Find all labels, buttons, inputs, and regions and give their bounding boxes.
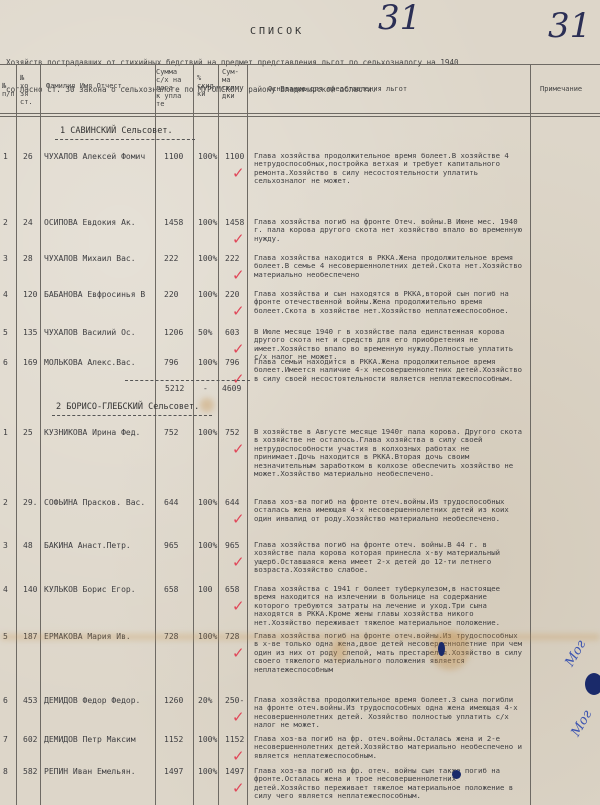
check-mark-icon: ✓ (232, 340, 245, 358)
household-number: 29. (23, 498, 37, 507)
check-mark-icon: ✓ (232, 708, 245, 726)
benefit-basis-text: Глава хоз-ва погиб на фр. отеч.войны.Ост… (254, 735, 526, 760)
benefit-basis-text: Глава семьи находится в РККА.Жена продол… (254, 358, 526, 383)
tax-amount: 222 (164, 254, 178, 263)
full-name: ЧУХАЛОВ Михаил Вас. (44, 254, 136, 263)
discount-amount: 1152 (225, 735, 244, 744)
household-number: 582 (23, 767, 37, 776)
discount-percent: 100% (198, 218, 217, 227)
full-name: КУЛЬКОВ Борис Егор. (44, 585, 136, 594)
household-number: 140 (23, 585, 37, 594)
ink-blot (452, 770, 461, 779)
discount-percent: 100% (198, 735, 217, 744)
household-number: 120 (23, 290, 37, 299)
totals-tax: 5212 (165, 384, 184, 393)
household-number: 26 (23, 152, 33, 161)
row-number: 6 (3, 358, 8, 367)
tax-amount: 220 (164, 290, 178, 299)
totals-pct: - (203, 384, 208, 393)
benefit-basis-text: Глава хоз-ва погиб на фр. отеч. войны сы… (254, 767, 526, 801)
discount-percent: 100% (198, 290, 217, 299)
discount-percent: 100 (198, 585, 212, 594)
household-number: 48 (23, 541, 33, 550)
full-name: ДЕМИДОВ Федор Федор. (44, 696, 140, 705)
tax-amount: 752 (164, 428, 178, 437)
household-number: 25 (23, 428, 33, 437)
section-underline (52, 415, 212, 416)
col-header-discount: Сум- ма ски дки (222, 68, 239, 100)
col-header-basis: Основание для представления льгот (268, 85, 407, 93)
tax-amount: 658 (164, 585, 178, 594)
col-header-tax: Сумма с/х на лога к упла те (156, 68, 181, 108)
ink-blot (438, 642, 445, 656)
section-heading: 1 САВИНСКИЙ Сельсовет. (60, 126, 173, 136)
row-number: 5 (3, 328, 8, 337)
discount-percent: 100% (198, 498, 217, 507)
benefit-basis-text: Глава хозяйства продолжительное время бо… (254, 696, 526, 730)
discount-percent: 100% (198, 254, 217, 263)
water-stain (330, 640, 348, 662)
tax-amount: 1458 (164, 218, 183, 227)
page-number-handwritten: 31 (378, 0, 421, 38)
discount-amount: 220 (225, 290, 239, 299)
check-mark-icon: ✓ (232, 779, 245, 797)
row-number: 3 (3, 254, 8, 263)
row-number: 1 (3, 428, 8, 437)
col-header-note: Примечание (540, 85, 582, 93)
tax-amount: 1152 (164, 735, 183, 744)
col-header-num: № п/п (2, 82, 15, 98)
full-name: ЧУХАЛОВ Василий Ос. (44, 328, 136, 337)
discount-percent: 100% (198, 152, 217, 161)
household-number: 24 (23, 218, 33, 227)
discount-amount: 1497 (225, 767, 244, 776)
row-number: 1 (3, 152, 8, 161)
col-header-household: № хо зя ст. (20, 74, 33, 106)
totals-discount: 4609 (222, 384, 241, 393)
benefit-basis-text: Глава хозяйства погиб на фронте Отеч. во… (254, 218, 526, 243)
col-header-name: Фамилия Имя Отчест. (46, 82, 126, 90)
full-name: РЕПИН Иван Емельян. (44, 767, 136, 776)
benefit-basis-text: Глава хоз-ва погиб на фронте отеч.войны.… (254, 498, 526, 523)
check-mark-icon: ✓ (232, 302, 245, 320)
check-mark-icon: ✓ (232, 164, 245, 182)
discount-amount: 965 (225, 541, 239, 550)
discount-percent: 100% (198, 358, 217, 367)
tax-amount: 644 (164, 498, 178, 507)
row-number: 4 (3, 585, 8, 594)
discount-percent: 20% (198, 696, 212, 705)
tax-amount: 796 (164, 358, 178, 367)
benefit-basis-text: Глава хозяйства с 1941 г болеет туберкул… (254, 585, 526, 627)
tax-amount: 1206 (164, 328, 183, 337)
tax-amount: 1100 (164, 152, 183, 161)
row-number: 6 (3, 696, 8, 705)
discount-amount: 603 (225, 328, 239, 337)
household-number: 28 (23, 254, 33, 263)
tax-amount: 965 (164, 541, 178, 550)
section-underline (55, 139, 195, 140)
full-name: БАБАНОВА Евфросинья В (44, 290, 145, 299)
check-mark-icon: ✓ (232, 597, 245, 615)
benefit-basis-text: Глава хозяйства находится в РККА.Жена пр… (254, 254, 526, 279)
discount-amount: 644 (225, 498, 239, 507)
check-mark-icon: ✓ (232, 266, 245, 284)
row-number: 3 (3, 541, 8, 550)
section-heading: 2 БОРИСО-ГЛЕБСКИЙ Сельсовет. (56, 402, 199, 412)
household-number: 169 (23, 358, 37, 367)
tax-amount: 1260 (164, 696, 183, 705)
discount-percent: 50% (198, 328, 212, 337)
discount-amount: 222 (225, 254, 239, 263)
check-mark-icon: ✓ (232, 440, 245, 458)
row-number: 2 (3, 498, 8, 507)
full-name: КУЗНИКОВА Ирина Фед. (44, 428, 140, 437)
household-number: 135 (23, 328, 37, 337)
benefit-basis-text: Глава хозяйства погиб на фронте отеч. во… (254, 541, 526, 575)
water-stain (200, 398, 214, 412)
discount-amount: 752 (225, 428, 239, 437)
household-number: 453 (23, 696, 37, 705)
full-name: ДЕМИДОВ Петр Максим (44, 735, 136, 744)
row-number: 4 (3, 290, 8, 299)
water-stain (430, 630, 470, 670)
full-name: СОФЬИНА Прасков. Вас. (44, 498, 145, 507)
discount-percent: 100% (198, 767, 217, 776)
benefit-basis-text: Глава хозяйства и сын находятся в РККА,в… (254, 290, 526, 315)
full-name: ЧУХАЛОВ Алексей Фомич (44, 152, 145, 161)
col-header-pct: % скид ки (197, 74, 214, 98)
discount-percent: 100% (198, 541, 217, 550)
row-number: 2 (3, 218, 8, 227)
full-name: ОСИПОВА Евдокия Ак. (44, 218, 136, 227)
discount-amount: 796 (225, 358, 239, 367)
ink-blot (585, 673, 600, 695)
document-title: СПИСОК (250, 26, 304, 37)
full-name: БАКИНА Анаст.Петр. (44, 541, 131, 550)
row-number: 8 (3, 767, 8, 776)
benefit-basis-text: В хозяйстве в Августе месяце 1940г пала … (254, 428, 526, 478)
discount-amount: 1458 (225, 218, 244, 227)
discount-percent: 100% (198, 428, 217, 437)
check-mark-icon: ✓ (232, 230, 245, 248)
totals-separator (125, 380, 250, 381)
check-mark-icon: ✓ (232, 747, 245, 765)
full-name: МОЛЬКОВА Алекс.Вас. (44, 358, 136, 367)
check-mark-icon: ✓ (232, 553, 245, 571)
check-mark-icon: ✓ (232, 510, 245, 528)
water-stain (0, 634, 600, 640)
discount-amount: 1100 (225, 152, 244, 161)
tax-amount: 1497 (164, 767, 183, 776)
benefit-basis-text: Глава хозяйства продолжительное время бо… (254, 152, 526, 186)
check-mark-icon: ✓ (232, 644, 245, 662)
discount-amount: 250- (225, 696, 244, 705)
household-number: 602 (23, 735, 37, 744)
row-number: 7 (3, 735, 8, 744)
discount-amount: 658 (225, 585, 239, 594)
